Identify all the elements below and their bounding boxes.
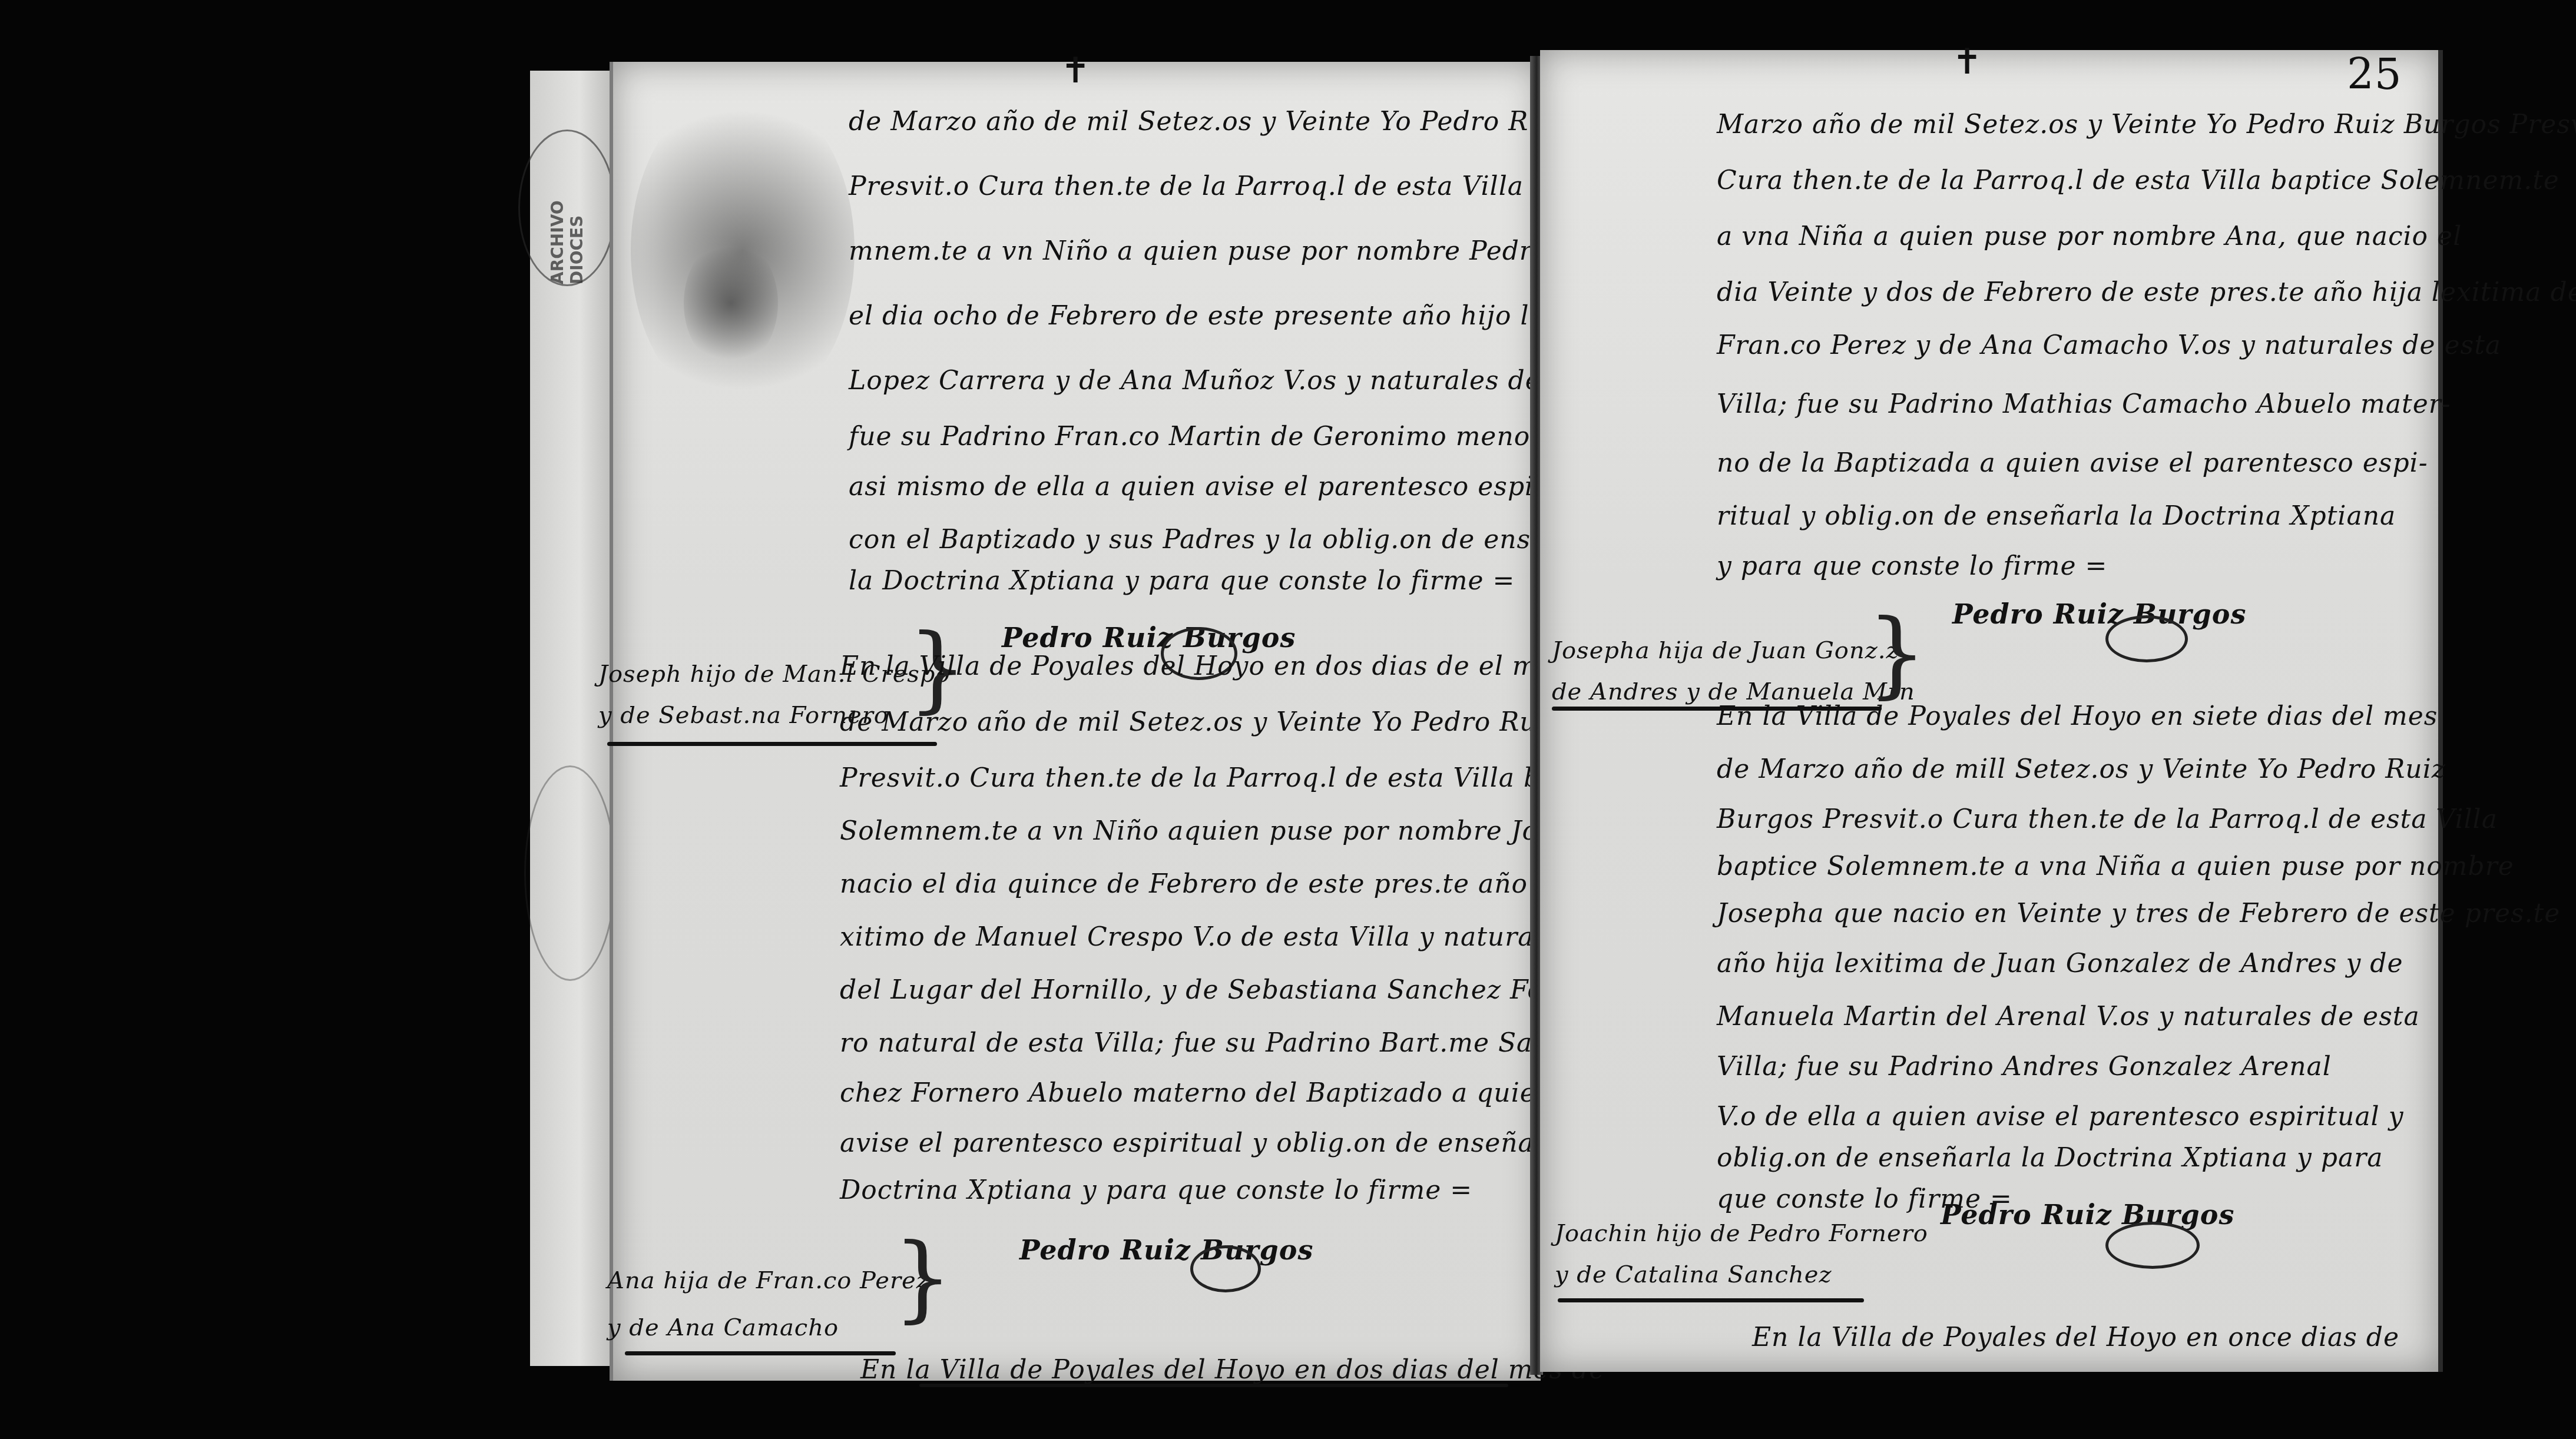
text-line: asi mismo de ella a quien avise el paren… bbox=[849, 474, 1609, 500]
priest-signature: Pedro Ruiz Burgos bbox=[1941, 1201, 2234, 1228]
text-line: Presvit.o Cura then.te de la Parroq.l de… bbox=[840, 765, 1625, 791]
priest-signature: Pedro Ruiz Burgos bbox=[1019, 1236, 1313, 1264]
text-line: En la Villa de Poyales del Hoyo en dos d… bbox=[840, 654, 1567, 679]
margin-note: y de Catalina Sanchez bbox=[1555, 1263, 1832, 1287]
text-line: En la Villa de Poyales del Hoyo en dos d… bbox=[860, 1357, 1605, 1383]
text-line: no de la Baptizada a quien avise el pare… bbox=[1717, 450, 2428, 476]
text-line: Solemnem.te a vn Niño aquien puse por no… bbox=[840, 818, 1602, 844]
text-line: oblig.on de enseñarla la Doctrina Xptian… bbox=[1717, 1145, 2383, 1171]
text-line: Josepha que nacio en Veinte y tres de Fe… bbox=[1717, 901, 2560, 927]
margin-note: de Andres y de Manuela Mrn bbox=[1552, 680, 1915, 704]
page-bottom-rule bbox=[919, 1384, 1508, 1387]
text-line: En la Villa de Poyales del Hoyo en siete… bbox=[1717, 704, 2438, 730]
text-line: ro natural de esta Villa; fue su Padrino… bbox=[840, 1030, 1559, 1056]
text-line: Burgos Presvit.o Cura then.te de la Parr… bbox=[1717, 807, 2498, 833]
text-line: a vna Niña a quien puse por nombre Ana, … bbox=[1717, 224, 2462, 250]
signature-flourish bbox=[1190, 1245, 1261, 1292]
signature-flourish bbox=[2105, 615, 2188, 662]
left-page: ✝ de Marzo año de mil Setez.os y Veinte … bbox=[610, 62, 1541, 1381]
text-line: Villa; fue su Padrino Mathias Camacho Ab… bbox=[1717, 392, 2451, 417]
text-line: Marzo año de mil Setez.os y Veinte Yo Pe… bbox=[1717, 112, 2576, 138]
priest-signature: Pedro Ruiz Burgos bbox=[1952, 601, 2246, 628]
margin-note: Josepha hija de Juan Gonz.z bbox=[1552, 639, 1899, 662]
margin-brace: } bbox=[893, 1231, 953, 1325]
cross-mark: ✝ bbox=[1952, 44, 1982, 79]
text-line: Fran.co Perez y de Ana Camacho V.os y na… bbox=[1717, 333, 2501, 359]
text-line: avise el parentesco espiritual y oblig.o… bbox=[840, 1130, 1605, 1156]
right-page: ✝ 25 Marzo año de mil Setez.os y Veinte … bbox=[1540, 50, 2443, 1372]
text-line: dia Veinte y dos de Febrero de este pres… bbox=[1717, 280, 2576, 306]
margin-note: Joachin hijo de Pedro Fornero bbox=[1555, 1222, 1928, 1245]
text-line: la Doctrina Xptiana y para que conste lo… bbox=[849, 568, 1515, 594]
archive-stamp-top: ARCHIVO DIOCES bbox=[518, 130, 616, 286]
margin-note: Ana hija de Fran.co Perez bbox=[607, 1269, 929, 1292]
text-line: En la Villa de Poyales del Hoyo en once … bbox=[1752, 1325, 2399, 1351]
ink-stain bbox=[684, 238, 778, 368]
text-line: año hija lexitima de Juan Gonzalez de An… bbox=[1717, 951, 2403, 977]
margin-underline bbox=[625, 1351, 896, 1355]
cross-mark: ✝ bbox=[1061, 53, 1091, 88]
text-line: con el Baptizado y sus Padres y la oblig… bbox=[849, 527, 1618, 553]
text-line: chez Fornero Abuelo materno del Baptizad… bbox=[840, 1080, 1553, 1106]
margin-note: y de Ana Camacho bbox=[607, 1316, 839, 1339]
text-line: del Lugar del Hornillo, y de Sebastiana … bbox=[840, 977, 1599, 1003]
text-line: xitimo de Manuel Crespo V.o de esta Vill… bbox=[840, 924, 1543, 950]
text-line: baptice Solemnem.te a vna Niña a quien p… bbox=[1717, 854, 2514, 880]
text-line: Manuela Martin del Arenal V.os y natural… bbox=[1717, 1004, 2420, 1030]
folio-number: 25 bbox=[2347, 53, 2402, 95]
priest-signature: Pedro Ruiz Burgos bbox=[1002, 624, 1296, 651]
text-line: nacio el dia quince de Febrero de este p… bbox=[840, 871, 1631, 897]
archive-stamp-bottom bbox=[524, 765, 616, 981]
text-line: ritual y oblig.on de enseñarla la Doctri… bbox=[1717, 503, 2396, 529]
signature-flourish bbox=[2105, 1222, 2200, 1269]
text-line: V.o de ella a quien avise el parentesco … bbox=[1717, 1104, 2404, 1130]
text-line: Villa; fue su Padrino Andres Gonzalez Ar… bbox=[1717, 1054, 2332, 1080]
margin-underline bbox=[1558, 1298, 1864, 1302]
text-line: y para que conste lo firme = bbox=[1717, 553, 2107, 579]
margin-underline bbox=[607, 742, 937, 746]
margin-brace: } bbox=[1867, 606, 1927, 701]
text-line: Cura then.te de la Parroq.l de esta Vill… bbox=[1717, 168, 2560, 194]
text-line: de Marzo año de mill Setez.os y Veinte Y… bbox=[1717, 757, 2446, 783]
text-line: Doctrina Xptiana y para que conste lo fi… bbox=[840, 1178, 1472, 1203]
